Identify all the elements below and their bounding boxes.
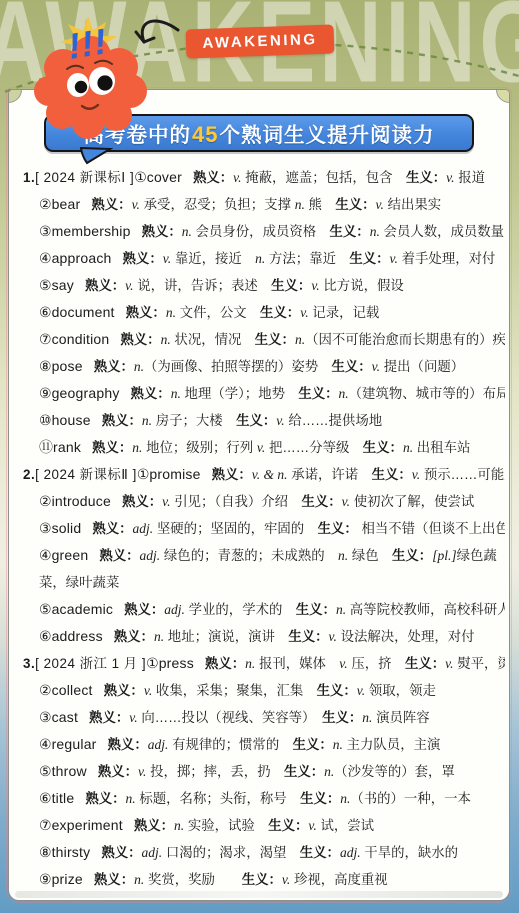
meaning-text: 绿色的；青葱的；未成熟的 bbox=[160, 548, 338, 563]
pos-tag: adj. bbox=[340, 845, 361, 860]
sense-label: 熟义： bbox=[99, 548, 139, 563]
item-word: collect bbox=[52, 682, 93, 698]
item-number: ② bbox=[39, 682, 52, 698]
entry-row: 1.[ 2024 新课标Ⅰ ]①cover熟义：v. 掩蔽，遮盖；包括，包含 生… bbox=[23, 164, 505, 191]
pos-tag: n. bbox=[255, 251, 265, 266]
item-number: ① bbox=[134, 169, 147, 185]
sense-label: 熟义： bbox=[131, 386, 171, 401]
item-word: academic bbox=[52, 601, 114, 617]
sense-label: 生义： bbox=[298, 386, 338, 401]
meaning-text: 投，掷；摔，丢，扔 bbox=[146, 764, 284, 779]
sense-label: 生义： bbox=[322, 710, 362, 725]
pos-tag: v. bbox=[446, 170, 454, 185]
meaning-text: 相当不错（但谈不上出色或独特）的 bbox=[358, 521, 505, 536]
badge-label: AWAKENING bbox=[202, 31, 318, 52]
item-word: solid bbox=[52, 520, 82, 536]
item-number: ⑩ bbox=[39, 412, 52, 428]
entry-row: ③membership熟义：n. 会员身份，成员资格 生义：n. 会员人数，成员… bbox=[23, 218, 505, 245]
meaning-text: 主力队员，主演 bbox=[343, 737, 440, 752]
entry-row: ②bear熟义：v. 承受，忍受；负担；支撑 n. 熊 生义：v. 结出果实 bbox=[23, 191, 505, 218]
pos-tag: adj. bbox=[141, 845, 162, 860]
pos-tag: n. bbox=[161, 332, 171, 347]
pos-tag: n. bbox=[338, 548, 348, 563]
arrow-icon bbox=[136, 21, 178, 42]
meaning-text: 设法解决，处理，对付 bbox=[337, 629, 475, 644]
meaning-text: 房子；大楼 bbox=[152, 413, 236, 428]
sense-label: 生义： bbox=[242, 872, 282, 887]
sense-label: 生义： bbox=[284, 764, 324, 779]
meaning-text: 提出（问题） bbox=[380, 359, 464, 374]
entry-row: ⑤throw熟义：v. 投，掷；摔，丢，扔 生义：n.（沙发等的）套，罩 bbox=[23, 758, 505, 785]
entry-row: ③solid熟义：adj. 坚硬的；坚固的，牢固的 生义： 相当不错（但谈不上出… bbox=[23, 515, 505, 542]
sense-label: 生义： bbox=[332, 359, 372, 374]
item-word: thirsty bbox=[52, 844, 91, 860]
sense-label: 生义： bbox=[288, 629, 328, 644]
pos-tag: v. bbox=[163, 251, 171, 266]
item-number: ④ bbox=[39, 736, 52, 752]
pos-tag: v. bbox=[129, 710, 137, 725]
meaning-text: 干旱的，缺水的 bbox=[361, 845, 458, 860]
meaning-text: 会员身份，成员资格 bbox=[192, 224, 330, 239]
entry-row: ④approach熟义：v. 靠近，接近 n. 方法；靠近 生义：v. 着手处理… bbox=[23, 245, 505, 272]
item-word: condition bbox=[52, 331, 110, 347]
item-word: press bbox=[159, 655, 194, 671]
sense-label: 生义： bbox=[349, 251, 389, 266]
meaning-text: 靠近，接近 bbox=[171, 251, 255, 266]
item-number: ⑨ bbox=[39, 385, 52, 401]
sense-label: 生义： bbox=[363, 440, 403, 455]
sense-label: 熟义： bbox=[122, 494, 162, 509]
sense-label: 生义： bbox=[301, 494, 341, 509]
sense-label: 熟义： bbox=[114, 629, 154, 644]
pos-tag: v. bbox=[276, 413, 284, 428]
pos-tag: v. bbox=[144, 683, 152, 698]
item-number: ② bbox=[39, 196, 52, 212]
pos-tag: v. bbox=[311, 278, 319, 293]
item-word: green bbox=[52, 547, 89, 563]
pos-tag: n. bbox=[245, 656, 255, 671]
sense-label: 熟义： bbox=[104, 683, 144, 698]
sense-label: 熟义： bbox=[120, 332, 160, 347]
pos-tag: adj. bbox=[133, 521, 154, 536]
sense-label: 熟义： bbox=[205, 656, 245, 671]
item-number: ⑥ bbox=[39, 304, 52, 320]
pos-tag: n. bbox=[166, 305, 176, 320]
item-word: rank bbox=[53, 439, 81, 455]
awakening-badge: AWAKENING bbox=[186, 24, 335, 58]
meaning-text: 着手处理，对付 bbox=[398, 251, 495, 266]
pos-tag: v. bbox=[282, 872, 290, 887]
sense-label: 熟义： bbox=[89, 710, 129, 725]
sense-label: 熟义： bbox=[92, 521, 132, 536]
meaning-text: 地位；级别；行列 bbox=[142, 440, 257, 455]
meaning-text: 熨平，烫平 bbox=[454, 656, 505, 671]
banner-tail bbox=[78, 147, 116, 165]
item-word: throw bbox=[52, 763, 87, 779]
item-number: ⑧ bbox=[39, 358, 52, 374]
meaning-text: 熊 bbox=[305, 197, 336, 212]
meaning-text: 实验，试验 bbox=[184, 818, 268, 833]
item-word: say bbox=[52, 277, 74, 293]
meaning-text: 报刊，媒体 bbox=[255, 656, 339, 671]
sense-label: 熟义： bbox=[193, 170, 233, 185]
pos-tag: v. bbox=[132, 197, 140, 212]
item-number: ⑦ bbox=[39, 331, 52, 347]
meaning-text: （沙发等的）套，罩 bbox=[334, 764, 455, 779]
entry-row: ⑥address熟义：n. 地址；演说，演讲 生义：v. 设法解决，处理，对付 bbox=[23, 623, 505, 650]
entry-row: ⑤say熟义：v. 说，讲，告诉；表述 生义：v. 比方说，假设 bbox=[23, 272, 505, 299]
meaning-text: 出租车站 bbox=[413, 440, 470, 455]
meaning-text: 给……提供场地 bbox=[285, 413, 382, 428]
item-word: regular bbox=[52, 736, 97, 752]
sense-label: 生义： bbox=[317, 683, 357, 698]
sense-label: 生义： bbox=[260, 305, 300, 320]
entry-row: ④green熟义：adj. 绿色的；青葱的；未成熟的 n. 绿色 生义：[pl.… bbox=[23, 542, 505, 596]
pos-tag: v. bbox=[445, 656, 453, 671]
meaning-text: 向……投以（视线、笑容等） bbox=[138, 710, 323, 725]
sense-label: 熟义： bbox=[212, 467, 252, 482]
pos-tag: n. bbox=[132, 440, 142, 455]
item-word: bear bbox=[52, 196, 81, 212]
section-source: [ 2024 浙江 1 月 ] bbox=[35, 656, 146, 671]
meaning-text: 会员人数，成员数量 bbox=[380, 224, 504, 239]
meaning-text: 有规律的；惯常的 bbox=[168, 737, 292, 752]
entry-row: ⑦condition熟义：n. 状况，情况 生义：n.（因不可能治愈而长期患有的… bbox=[23, 326, 505, 353]
item-number: ④ bbox=[39, 250, 52, 266]
meaning-text: 报道 bbox=[455, 170, 486, 185]
sense-label: 熟义： bbox=[94, 359, 134, 374]
section-source: [ 2024 新课标Ⅱ ] bbox=[35, 467, 137, 482]
meaning-text: 领取，领走 bbox=[365, 683, 436, 698]
meaning-text: 收集，采集；聚集，汇集 bbox=[152, 683, 316, 698]
meaning-text: （建筑物、城市等的）布局 bbox=[349, 386, 505, 401]
item-number: ⑤ bbox=[39, 277, 52, 293]
pos-tag: n. bbox=[174, 818, 184, 833]
item-word: prize bbox=[52, 871, 83, 887]
sense-label: 熟义： bbox=[134, 818, 174, 833]
meaning-text: 预示……可能发生 bbox=[420, 467, 505, 482]
pos-tag: n. bbox=[336, 602, 346, 617]
meaning-text: 状况，情况 bbox=[171, 332, 255, 347]
meaning-text: 压，挤 bbox=[348, 656, 405, 671]
item-number: ② bbox=[39, 493, 52, 509]
pos-tag: v. bbox=[390, 251, 398, 266]
pos-tag: v. bbox=[125, 278, 133, 293]
meaning-text: （因不可能治愈而长期患有的）疾病 bbox=[305, 332, 505, 347]
sense-label: 生义： bbox=[318, 521, 358, 536]
sense-label: 生义： bbox=[293, 737, 333, 752]
meaning-text: 坚硬的；坚固的，牢固的 bbox=[153, 521, 317, 536]
page: { "page": { "bg_text": "AWAKENING", "bad… bbox=[0, 0, 519, 913]
section-source: [ 2024 新课标Ⅰ ] bbox=[35, 170, 134, 185]
pos-tag: n. bbox=[340, 791, 350, 806]
sense-label: 生义： bbox=[335, 197, 375, 212]
pos-tag: n. bbox=[154, 629, 164, 644]
meaning-text: （为画像、拍照等摆的）姿势 bbox=[144, 359, 331, 374]
meaning-text: 高等院校教师，高校科研人员 bbox=[346, 602, 505, 617]
sense-label: 生义： bbox=[271, 278, 311, 293]
meaning-text: 把……分等级 bbox=[265, 440, 362, 455]
pos-tag: n. bbox=[182, 224, 192, 239]
entry-row: ②introduce熟义：v. 引见；（自我）介绍 生义：v. 使初次了解，使尝… bbox=[23, 488, 505, 515]
sense-label: 生义： bbox=[330, 224, 370, 239]
sense-label: 熟义： bbox=[126, 305, 166, 320]
item-number: ③ bbox=[39, 520, 52, 536]
sense-label: 熟义： bbox=[101, 845, 141, 860]
entry-row: ⑥document熟义：n. 文件，公文 生义：v. 记录，记载 bbox=[23, 299, 505, 326]
meaning-text: 记录，记载 bbox=[309, 305, 380, 320]
pos-tag: v. bbox=[329, 629, 337, 644]
vocab-list: 1.[ 2024 新课标Ⅰ ]①cover熟义：v. 掩蔽，遮盖；包括，包含 生… bbox=[9, 152, 509, 893]
pos-tag: v. bbox=[162, 494, 170, 509]
entry-row: 3.[ 2024 浙江 1 月 ]①press熟义：n. 报刊，媒体 v. 压，… bbox=[23, 650, 505, 677]
pos-tag: n. bbox=[134, 359, 144, 374]
sense-label: 熟义： bbox=[94, 872, 134, 887]
pos-tag: n. bbox=[370, 224, 380, 239]
sense-label: 生义： bbox=[392, 548, 432, 563]
item-number: ⑤ bbox=[39, 601, 52, 617]
pos-tag: v. bbox=[357, 683, 365, 698]
corner-notch-right bbox=[496, 90, 509, 103]
item-number: ⑥ bbox=[39, 628, 52, 644]
item-word: approach bbox=[52, 250, 112, 266]
entry-row: ⑩house熟义：n. 房子；大楼 生义：v. 给……提供场地 bbox=[23, 407, 505, 434]
meaning-text: 地理（学）；地势 bbox=[181, 386, 299, 401]
pos-tag: v. bbox=[376, 197, 384, 212]
meaning-text: 珍视，高度重视 bbox=[290, 872, 387, 887]
sense-label: 熟义： bbox=[124, 602, 164, 617]
pos-tag: n. bbox=[403, 440, 413, 455]
item-number: ⑤ bbox=[39, 763, 52, 779]
item-number: ③ bbox=[39, 709, 52, 725]
pos-tag: adj. bbox=[140, 548, 161, 563]
entry-row: ③cast熟义：v. 向……投以（视线、笑容等） 生义：n. 演员阵容 bbox=[23, 704, 505, 731]
sense-label: 生义： bbox=[236, 413, 276, 428]
item-number: ① bbox=[137, 466, 150, 482]
meaning-text: （书的）一种，一本 bbox=[350, 791, 471, 806]
sense-label: 熟义： bbox=[102, 413, 142, 428]
sense-label: 生义： bbox=[405, 656, 445, 671]
pos-tag: n. bbox=[295, 332, 305, 347]
sense-label: 生义： bbox=[255, 332, 295, 347]
meaning-text: 结出果实 bbox=[384, 197, 441, 212]
sense-label: 熟义： bbox=[142, 224, 182, 239]
pos-tag: v. bbox=[372, 359, 380, 374]
sense-label: 熟义： bbox=[92, 440, 132, 455]
meaning-text: 承诺，许诺 bbox=[288, 467, 372, 482]
sense-label: 熟义： bbox=[108, 737, 148, 752]
section-number: 2. bbox=[23, 467, 35, 482]
pos-tag: adj. bbox=[148, 737, 169, 752]
item-word: cover bbox=[147, 169, 182, 185]
entry-row: ⑦experiment熟义：n. 实验，试验 生义：v. 试，尝试 bbox=[23, 812, 505, 839]
pos-tag: v. bbox=[308, 818, 316, 833]
sense-label: 熟义： bbox=[85, 278, 125, 293]
pos-tag: [pl.] bbox=[432, 548, 456, 563]
item-word: cast bbox=[52, 709, 78, 725]
pos-tag: n. bbox=[142, 413, 152, 428]
entry-row: ⑥title熟义：n. 标题，名称；头衔，称号 生义：n.（书的）一种，一本 bbox=[23, 785, 505, 812]
entry-row: ⑨geography熟义：n. 地理（学）；地势 生义：n.（建筑物、城市等的）… bbox=[23, 380, 505, 407]
meaning-text: 地址；演说，演讲 bbox=[164, 629, 288, 644]
meaning-text: 标题，名称；头衔，称号 bbox=[136, 791, 300, 806]
pos-tag: n. bbox=[339, 386, 349, 401]
meaning-text: 试，尝试 bbox=[317, 818, 374, 833]
item-number: ⑥ bbox=[39, 790, 52, 806]
item-word: promise bbox=[149, 466, 200, 482]
content-card: 高考卷中的45个熟词生义提升阅读力 1.[ 2024 新课标Ⅰ ]①cover熟… bbox=[8, 89, 510, 901]
item-word: document bbox=[52, 304, 115, 320]
pos-tag: n. bbox=[324, 764, 334, 779]
entry-row: ⑧thirsty熟义：adj. 口渴的；渴求，渴望 生义：adj. 干旱的，缺水… bbox=[23, 839, 505, 866]
meaning-text: 口渴的；渴求，渴望 bbox=[162, 845, 300, 860]
sense-label: 熟义： bbox=[98, 764, 138, 779]
sense-label: 生义： bbox=[268, 818, 308, 833]
meaning-text: 方法；靠近 bbox=[265, 251, 349, 266]
item-number: ⑦ bbox=[39, 817, 52, 833]
meaning-text: 比方说，假设 bbox=[320, 278, 404, 293]
entry-row: ⑤academic熟义：adj. 学业的，学术的 生义：n. 高等院校教师，高校… bbox=[23, 596, 505, 623]
pos-tag: n. bbox=[126, 791, 136, 806]
item-word: experiment bbox=[52, 817, 123, 833]
item-number: ⑪ bbox=[39, 439, 53, 455]
section-number: 1. bbox=[23, 170, 35, 185]
item-number: ① bbox=[146, 655, 159, 671]
entry-row: ⑪rank熟义：n. 地位；级别；行列 v. 把……分等级 生义：n. 出租车站 bbox=[23, 434, 505, 461]
item-word: membership bbox=[52, 223, 131, 239]
item-word: geography bbox=[52, 385, 120, 401]
entry-row: ⑨prize熟义：n. 奖赏，奖励 生义：v. 珍视，高度重视 bbox=[23, 866, 505, 893]
entry-row: ②collect熟义：v. 收集，采集；聚集，汇集 生义：v. 领取，领走 bbox=[23, 677, 505, 704]
pos-tag: v. bbox=[342, 494, 350, 509]
pos-tag: v. bbox=[233, 170, 241, 185]
pos-tag: adj. bbox=[164, 602, 185, 617]
item-word: house bbox=[52, 412, 91, 428]
meaning-text: 演员阵容 bbox=[372, 710, 429, 725]
meaning-text: 学业的，学术的 bbox=[185, 602, 296, 617]
item-number: ⑧ bbox=[39, 844, 52, 860]
pos-tag: v. bbox=[339, 656, 347, 671]
meaning-text: 掩蔽，遮盖；包括，包含 bbox=[242, 170, 406, 185]
entry-row: 2.[ 2024 新课标Ⅱ ]①promise熟义：v. & n. 承诺，许诺 … bbox=[23, 461, 505, 488]
item-word: introduce bbox=[52, 493, 111, 509]
item-number: ④ bbox=[39, 547, 52, 563]
pos-tag: n. bbox=[362, 710, 372, 725]
item-word: title bbox=[52, 790, 75, 806]
sense-label: 生义： bbox=[300, 845, 340, 860]
sense-label: 生义： bbox=[296, 602, 336, 617]
meaning-text: 绿色 bbox=[348, 548, 392, 563]
pos-tag: n. bbox=[171, 386, 181, 401]
item-number: ③ bbox=[39, 223, 52, 239]
pos-tag: v. & n. bbox=[252, 467, 288, 482]
section-number: 3. bbox=[23, 656, 35, 671]
sense-label: 熟义： bbox=[123, 251, 163, 266]
item-word: pose bbox=[52, 358, 83, 374]
entry-row: ⑧pose熟义：n.（为画像、拍照等摆的）姿势 生义：v. 提出（问题） bbox=[23, 353, 505, 380]
meaning-text: 引见；（自我）介绍 bbox=[171, 494, 302, 509]
sense-label: 熟义： bbox=[91, 197, 131, 212]
sense-label: 生义： bbox=[406, 170, 446, 185]
meaning-text: 说，讲，告诉；表述 bbox=[134, 278, 272, 293]
entry-row: ④regular熟义：adj. 有规律的；惯常的 生义：n. 主力队员，主演 bbox=[23, 731, 505, 758]
meaning-text: 承受，忍受；负担；支撑 bbox=[140, 197, 295, 212]
pos-tag: n. bbox=[134, 872, 144, 887]
meaning-text: 使初次了解，使尝试 bbox=[350, 494, 474, 509]
item-number: ⑨ bbox=[39, 871, 52, 887]
exclamation-marks: !!! bbox=[65, 20, 110, 67]
pos-tag: v. bbox=[412, 467, 420, 482]
sense-label: 熟义： bbox=[85, 791, 125, 806]
pos-tag: n. bbox=[295, 197, 305, 212]
sense-label: 生义： bbox=[372, 467, 412, 482]
pos-tag: n. bbox=[333, 737, 343, 752]
meaning-text: 文件，公文 bbox=[176, 305, 260, 320]
pos-tag: v. bbox=[300, 305, 308, 320]
sense-label: 生义： bbox=[300, 791, 340, 806]
item-word: address bbox=[52, 628, 103, 644]
mascot: !!! bbox=[18, 12, 198, 144]
meaning-text: 奖赏，奖励 bbox=[144, 872, 241, 887]
